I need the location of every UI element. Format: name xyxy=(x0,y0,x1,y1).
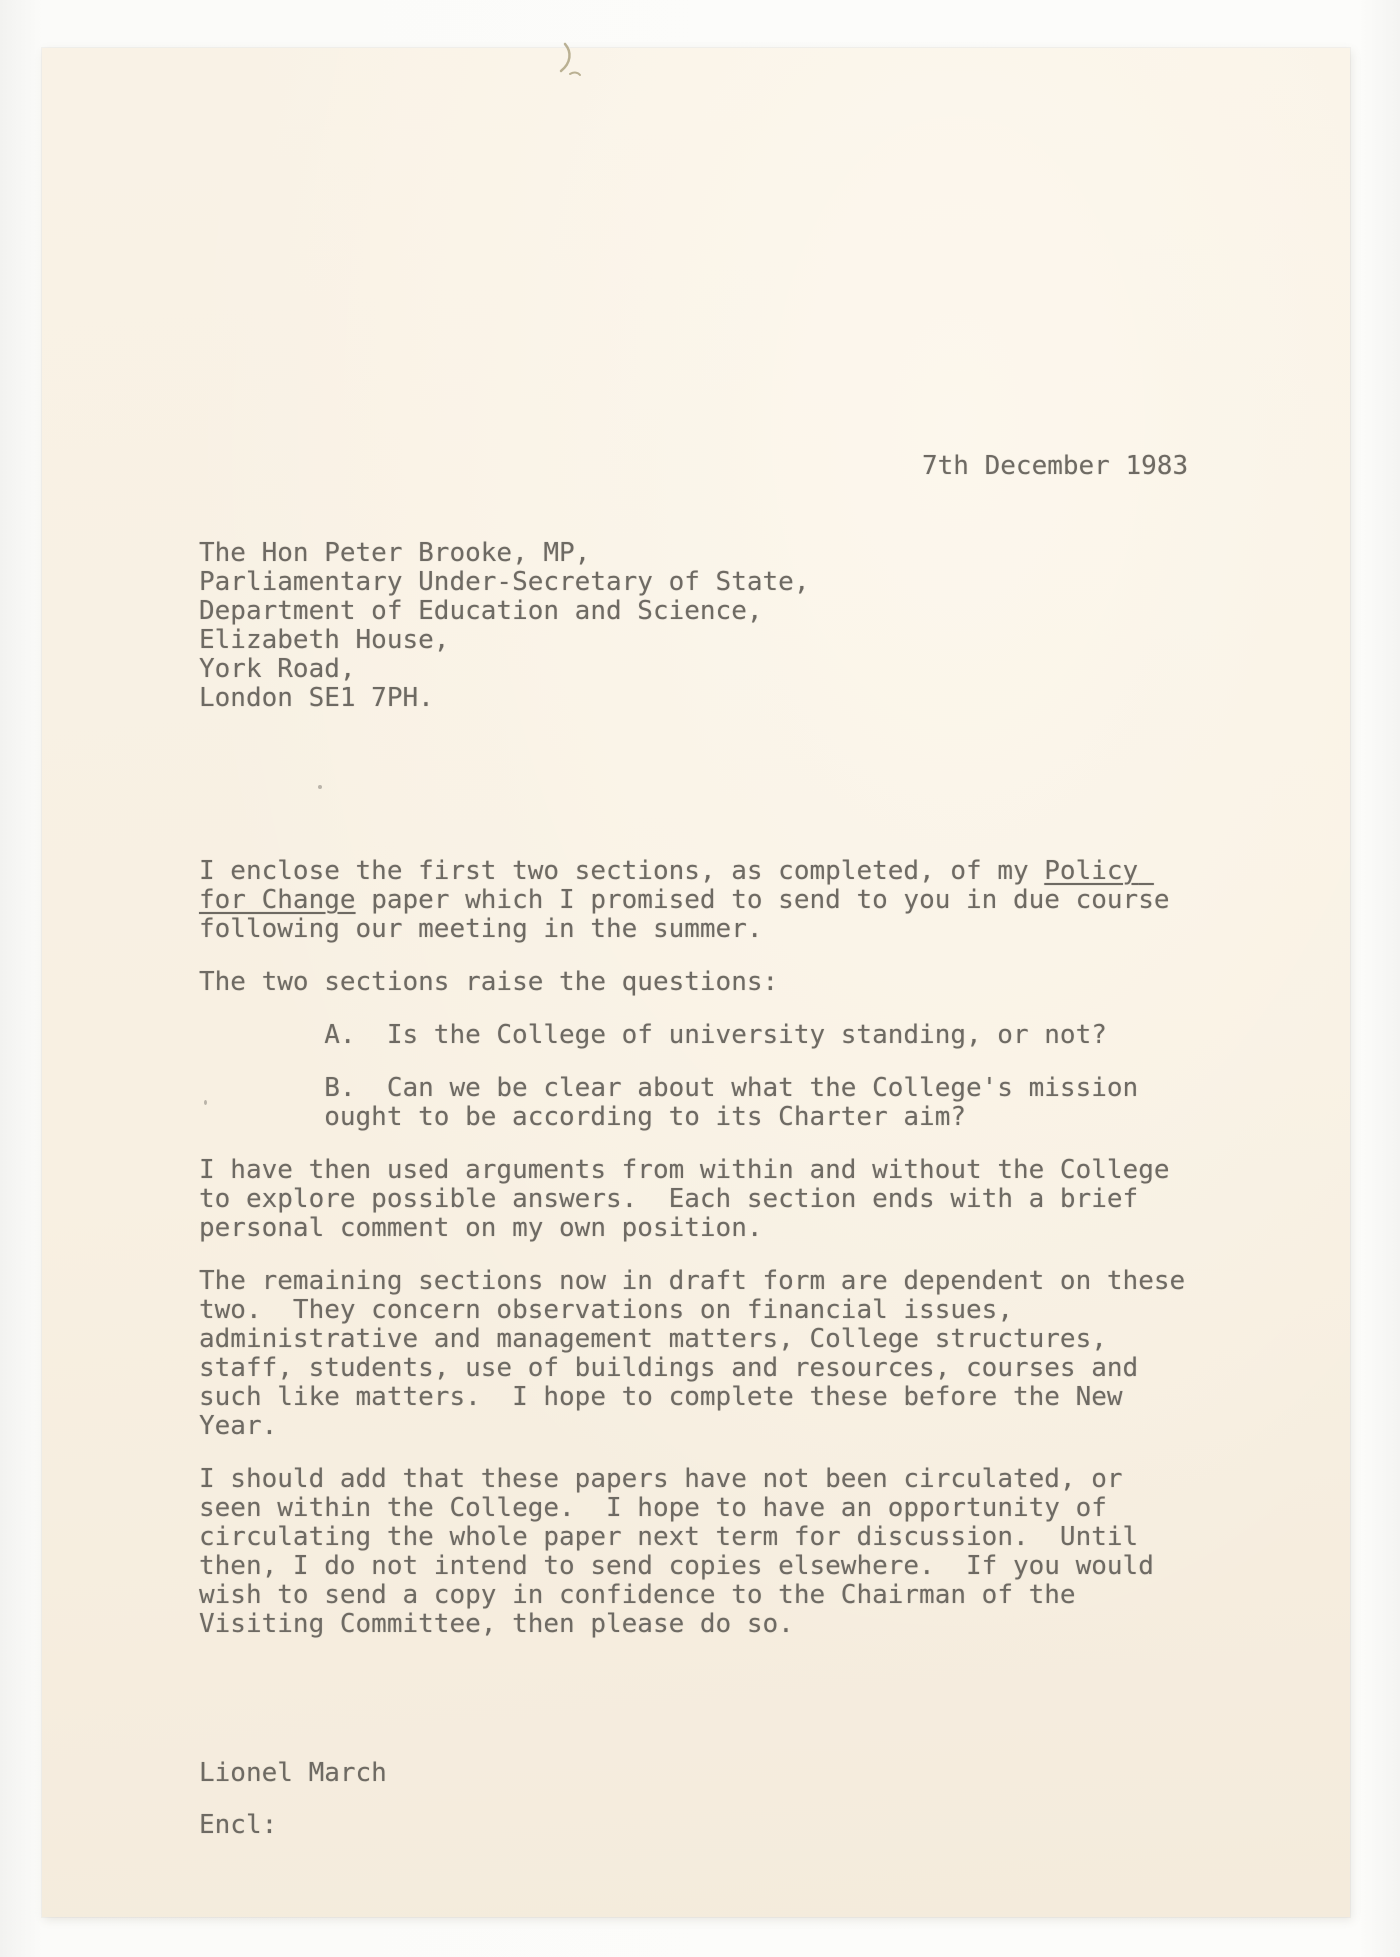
address-line: Parliamentary Under-Secretary of State, xyxy=(199,568,1209,597)
address-line: London SE1 7PH. xyxy=(199,684,1209,713)
recipient-address: The Hon Peter Brooke, MP, Parliamentary … xyxy=(199,539,1209,713)
letter-page: 7th December 1983 The Hon Peter Brooke, … xyxy=(42,48,1350,1917)
address-line: The Hon Peter Brooke, MP, xyxy=(199,539,1209,568)
paragraph-remaining-sections: The remaining sections now in draft form… xyxy=(199,1267,1193,1441)
letter-date: 7th December 1983 xyxy=(922,452,1209,481)
letter-content: 7th December 1983 The Hon Peter Brooke, … xyxy=(199,48,1209,1840)
signature-name: Lionel March xyxy=(199,1759,1209,1788)
paragraph-circulation: I should add that these papers have not … xyxy=(199,1465,1193,1639)
paragraph-questions-intro: The two sections raise the questions: xyxy=(199,968,1193,997)
address-line: Elizabeth House, xyxy=(199,626,1209,655)
paragraph-enclosure-intro: I enclose the first two sections, as com… xyxy=(199,857,1193,944)
address-line: York Road, xyxy=(199,655,1209,684)
scan-background: 7th December 1983 The Hon Peter Brooke, … xyxy=(0,0,1400,1957)
address-line: Department of Education and Science, xyxy=(199,597,1209,626)
question-item-b: B. Can we be clear about what the Colleg… xyxy=(324,1074,1193,1132)
enclosure-notation: Encl: xyxy=(199,1811,1209,1840)
question-item-a: A. Is the College of university standing… xyxy=(324,1021,1193,1050)
paragraph-arguments: I have then used arguments from within a… xyxy=(199,1156,1193,1243)
paragraph-text: I enclose the first two sections, as com… xyxy=(199,856,1044,886)
